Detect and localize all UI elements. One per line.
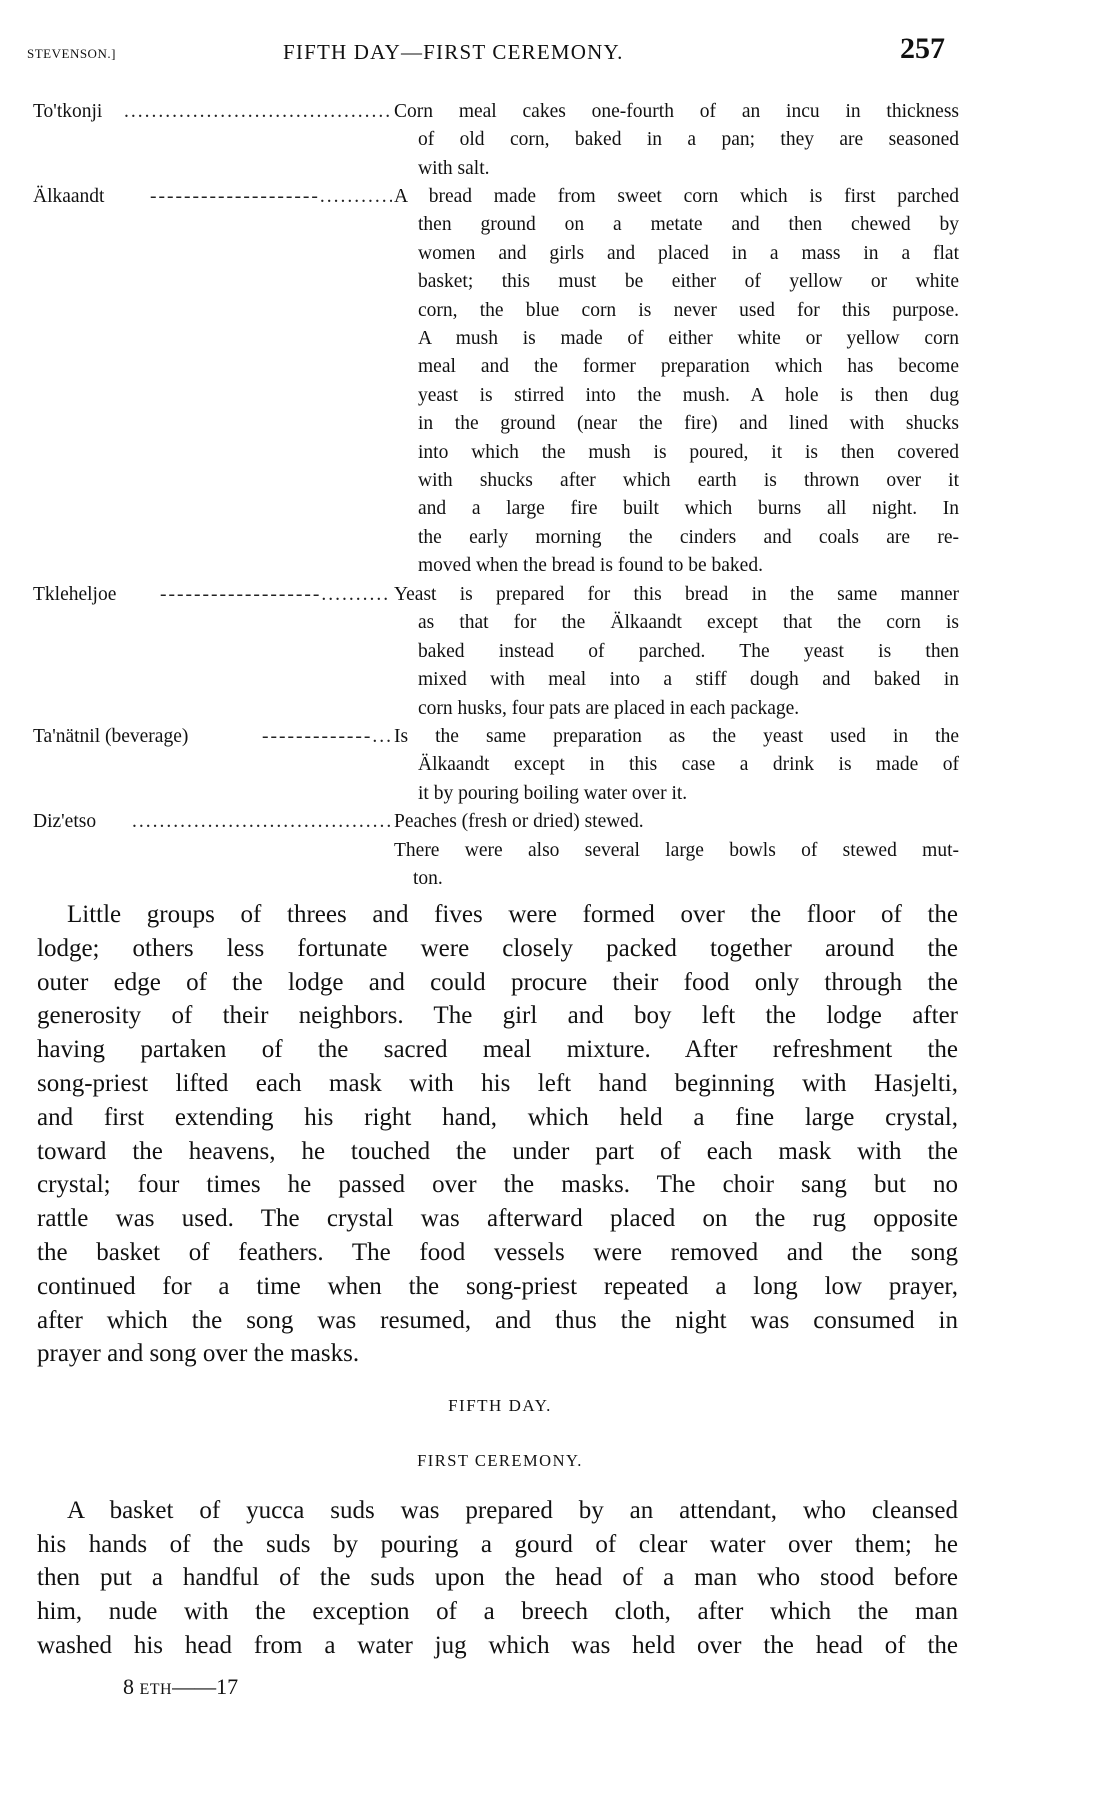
signature-number: 8 <box>123 1674 134 1699</box>
paragraph-line: his hands of the suds by pouring a gourd… <box>37 1530 958 1560</box>
paragraph-line: prayer and song over the masks. <box>37 1339 958 1369</box>
paragraph-line: and first extending his right hand, whic… <box>37 1103 958 1133</box>
glossary-definition-line: it by pouring boiling water over it. <box>418 782 959 806</box>
paragraph-line: then put a handful of the suds upon the … <box>37 1563 958 1593</box>
paragraph-line: the basket of feathers. The food vessels… <box>37 1238 958 1268</box>
book-page: STEVENSON.] FIFTH DAY—FIRST CEREMONY. 25… <box>0 0 1120 1820</box>
running-head-author: STEVENSON.] <box>27 46 116 62</box>
leader-dots: ........................................… <box>132 810 392 834</box>
glossary-definition-line: Älkaandt except in this case a drink is … <box>418 753 959 777</box>
glossary-term: Tkleheljoe <box>33 583 116 607</box>
paragraph-line: Little groups of threes and fives were f… <box>67 900 958 930</box>
glossary-definition-line: then ground on a metate and then chewed … <box>418 213 959 237</box>
glossary-definition-line: baked instead of parched. The yeast is t… <box>418 640 959 664</box>
glossary-definition-line: of old corn, baked in a pan; they are se… <box>418 128 959 152</box>
glossary-definition-line: Yeast is prepared for this bread in the … <box>394 583 959 607</box>
page-number: 257 <box>900 32 945 66</box>
glossary-definition-line: basket; this must be either of yellow or… <box>418 270 959 294</box>
signature-label: ETH <box>140 1681 173 1698</box>
running-head-title: FIFTH DAY—FIRST CEREMONY. <box>283 40 624 65</box>
leader-dots: ........................................… <box>124 100 392 124</box>
glossary-definition-line: in the ground (near the fire) and lined … <box>418 412 959 436</box>
paragraph-line: washed his head from a water jug which w… <box>37 1631 958 1661</box>
glossary-definition-line: corn, the blue corn is never used for th… <box>418 299 959 323</box>
leader-dots: --------------------................. <box>150 185 392 209</box>
paragraph-line: him, nude with the exception of a breech… <box>37 1597 958 1627</box>
glossary-definition-line: moved when the bread is found to be bake… <box>418 554 959 578</box>
glossary-definition-line: A bread made from sweet corn which is fi… <box>394 185 959 209</box>
glossary-definition-line: women and girls and placed in a mass in … <box>418 242 959 266</box>
glossary-definition-line: the early morning the cinders and coals … <box>418 526 959 550</box>
glossary-definition-line: A mush is made of either white or yellow… <box>418 327 959 351</box>
paragraph-line: lodge; others less fortunate were closel… <box>37 934 958 964</box>
glossary-definition-line: meal and the former preparation which ha… <box>418 355 959 379</box>
glossary-definition-line: as that for the Älkaandt except that the… <box>418 611 959 635</box>
signature-mark: 8 ETH——17 <box>123 1674 238 1700</box>
paragraph-line: song-priest lifted each mask with his le… <box>37 1069 958 1099</box>
glossary-term: Diz'etso <box>33 810 96 834</box>
glossary-note-line: ton. <box>413 867 443 891</box>
glossary-term: Ta'nätnil (beverage) <box>33 725 188 749</box>
paragraph-line: A basket of yucca suds was prepared by a… <box>67 1496 958 1526</box>
glossary-term: Älkaandt <box>33 185 104 209</box>
glossary-definition-line: Peaches (fresh or dried) stewed. <box>394 810 959 834</box>
glossary-definition-line: Corn meal cakes one-fourth of an incu in… <box>394 100 959 124</box>
section-subheading: FIRST CEREMONY. <box>0 1451 1000 1471</box>
glossary-term: To'tkonji <box>33 100 102 124</box>
glossary-definition-line: yeast is stirred into the mush. A hole i… <box>418 384 959 408</box>
glossary-definition-line: with salt. <box>418 157 959 181</box>
leader-dots: -------------... <box>262 725 392 749</box>
glossary-definition-line: corn husks, four pats are placed in each… <box>418 697 959 721</box>
signature-dash: —— <box>172 1674 216 1699</box>
paragraph-line: rattle was used. The crystal was afterwa… <box>37 1204 958 1234</box>
paragraph-line: crystal; four times he passed over the m… <box>37 1170 958 1200</box>
paragraph-line: having partaken of the sacred meal mixtu… <box>37 1035 958 1065</box>
glossary-definition-line: into which the mush is poured, it is the… <box>418 441 959 465</box>
glossary-definition-line: and a large fire built which burns all n… <box>418 497 959 521</box>
paragraph-line: continued for a time when the song-pries… <box>37 1272 958 1302</box>
glossary-note-line: There were also several large bowls of s… <box>394 839 959 863</box>
signature-sheet: 17 <box>216 1674 238 1699</box>
glossary-definition-line: with shucks after which earth is thrown … <box>418 469 959 493</box>
section-heading: FIFTH DAY. <box>0 1396 1000 1416</box>
paragraph-line: after which the song was resumed, and th… <box>37 1306 958 1336</box>
paragraph-line: outer edge of the lodge and could procur… <box>37 968 958 998</box>
glossary-definition-line: Is the same preparation as the yeast use… <box>394 725 959 749</box>
paragraph-line: generosity of their neighbors. The girl … <box>37 1001 958 1031</box>
glossary-definition-line: mixed with meal into a stiff dough and b… <box>418 668 959 692</box>
paragraph-line: toward the heavens, he touched the under… <box>37 1137 958 1167</box>
leader-dots: -------------------.......... <box>160 583 392 607</box>
